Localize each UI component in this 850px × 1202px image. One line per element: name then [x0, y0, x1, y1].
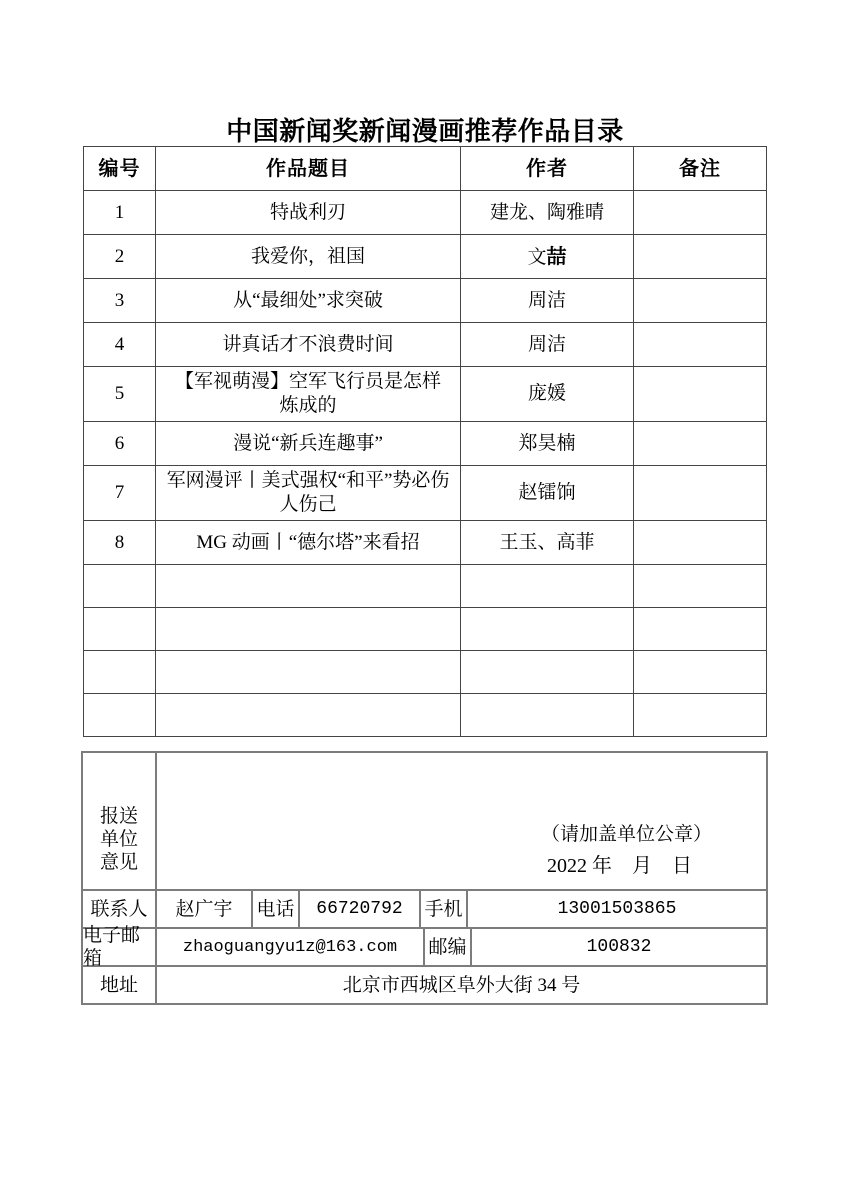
title-cell: 漫说“新兵连趣事”: [156, 422, 461, 466]
empty-cell: [156, 651, 461, 694]
col-header-note: 备注: [634, 147, 767, 191]
empty-cell: [461, 608, 634, 651]
author-cell: 庞媛: [461, 367, 634, 422]
empty-cell: [461, 565, 634, 608]
author-cell: 文喆: [461, 235, 634, 279]
table-row: 5【军视萌漫】空军飞行员是怎样炼成的庞媛: [84, 367, 767, 422]
table-row: 2我爱你，祖国文喆: [84, 235, 767, 279]
submitting-unit-opinion-label: 报送 单位 意见: [83, 753, 155, 889]
empty-cell: [156, 694, 461, 737]
title-cell: 【军视萌漫】空军飞行员是怎样炼成的: [156, 367, 461, 422]
author-cell: 郑昊楠: [461, 422, 634, 466]
col-header-title: 作品题目: [156, 147, 461, 191]
page-title: 中国新闻奖新闻漫画推荐作品目录: [0, 111, 850, 148]
no-cell: 6: [84, 422, 156, 466]
seal-note: （请加盖单位公章）: [541, 823, 712, 846]
note-cell: [634, 466, 767, 521]
contact-name-label: 联系人: [83, 891, 155, 927]
submitting-unit-opinion-area: （请加盖单位公章） 2022 年 月 日: [155, 753, 766, 889]
col-header-author: 作者: [461, 147, 634, 191]
email-label: 电子邮箱: [83, 929, 155, 965]
title-cell: 从“最细处”求突破: [156, 279, 461, 323]
email-value: zhaoguangyu1z@163.com: [155, 929, 423, 965]
note-cell: [634, 191, 767, 235]
empty-cell: [634, 565, 767, 608]
no-cell: 1: [84, 191, 156, 235]
empty-cell: [156, 608, 461, 651]
no-cell: 4: [84, 323, 156, 367]
table-row: 1特战利刃建龙、陶雅晴: [84, 191, 767, 235]
empty-row: [84, 565, 767, 608]
empty-cell: [461, 694, 634, 737]
author-cell: 周洁: [461, 279, 634, 323]
zip-value: 100832: [470, 929, 766, 965]
note-cell: [634, 323, 767, 367]
works-table-body: 1特战利刃建龙、陶雅晴2我爱你，祖国文喆3从“最细处”求突破周洁4讲真话才不浪费…: [84, 191, 767, 737]
mobile-value: 13001503865: [466, 891, 766, 927]
email-row: 电子邮箱 zhaoguangyu1z@163.com 邮编 100832: [83, 927, 766, 965]
document-page: 中国新闻奖新闻漫画推荐作品目录 编号 作品题目 作者 备注 1特战利刃建龙、陶雅…: [0, 0, 850, 1202]
author-cell: 王玉、高菲: [461, 521, 634, 565]
empty-cell: [634, 608, 767, 651]
contact-row: 联系人 赵广宇 电话 66720792 手机 13001503865: [83, 889, 766, 927]
note-cell: [634, 422, 767, 466]
works-table-header: 编号 作品题目 作者 备注: [84, 147, 767, 191]
fallback-glyph: 喆: [547, 244, 567, 268]
date-line: 2022 年 月 日: [547, 855, 692, 878]
empty-cell: [84, 565, 156, 608]
note-cell: [634, 367, 767, 422]
author-cell: 周洁: [461, 323, 634, 367]
table-row: 6漫说“新兵连趣事”郑昊楠: [84, 422, 767, 466]
address-row: 地址 北京市西城区阜外大街 34 号: [83, 965, 766, 1003]
note-cell: [634, 279, 767, 323]
empty-cell: [84, 651, 156, 694]
zip-label: 邮编: [423, 929, 470, 965]
no-cell: 8: [84, 521, 156, 565]
table-row: 7军网漫评丨美式强权“和平”势必伤人伤己赵镭饷: [84, 466, 767, 521]
no-cell: 3: [84, 279, 156, 323]
title-cell: MG 动画丨“德尔塔”来看招: [156, 521, 461, 565]
address-label: 地址: [83, 967, 155, 1003]
empty-row: [84, 608, 767, 651]
title-cell: 我爱你，祖国: [156, 235, 461, 279]
empty-cell: [84, 694, 156, 737]
no-cell: 5: [84, 367, 156, 422]
address-value: 北京市西城区阜外大街 34 号: [155, 967, 766, 1003]
no-cell: 7: [84, 466, 156, 521]
contact-name-value: 赵广宇: [155, 891, 251, 927]
empty-cell: [461, 651, 634, 694]
title-cell: 讲真话才不浪费时间: [156, 323, 461, 367]
author-cell: 赵镭饷: [461, 466, 634, 521]
header-row: 编号 作品题目 作者 备注: [84, 147, 767, 191]
table-row: 4讲真话才不浪费时间周洁: [84, 323, 767, 367]
title-cell: 特战利刃: [156, 191, 461, 235]
title-cell: 军网漫评丨美式强权“和平”势必伤人伤己: [156, 466, 461, 521]
no-cell: 2: [84, 235, 156, 279]
empty-row: [84, 694, 767, 737]
table-row: 3从“最细处”求突破周洁: [84, 279, 767, 323]
phone-label: 电话: [251, 891, 298, 927]
empty-cell: [84, 608, 156, 651]
empty-cell: [156, 565, 461, 608]
empty-cell: [634, 651, 767, 694]
col-header-no: 编号: [84, 147, 156, 191]
note-cell: [634, 235, 767, 279]
table-row: 8MG 动画丨“德尔塔”来看招王玉、高菲: [84, 521, 767, 565]
phone-value: 66720792: [298, 891, 419, 927]
works-table: 编号 作品题目 作者 备注 1特战利刃建龙、陶雅晴2我爱你，祖国文喆3从“最细处…: [83, 146, 767, 737]
empty-cell: [634, 694, 767, 737]
submission-section: 报送 单位 意见 （请加盖单位公章） 2022 年 月 日 联系人 赵广宇 电话…: [81, 751, 768, 1005]
note-cell: [634, 521, 767, 565]
submitting-unit-opinion-row: 报送 单位 意见 （请加盖单位公章） 2022 年 月 日: [83, 753, 766, 889]
mobile-label: 手机: [419, 891, 466, 927]
author-cell: 建龙、陶雅晴: [461, 191, 634, 235]
empty-row: [84, 651, 767, 694]
